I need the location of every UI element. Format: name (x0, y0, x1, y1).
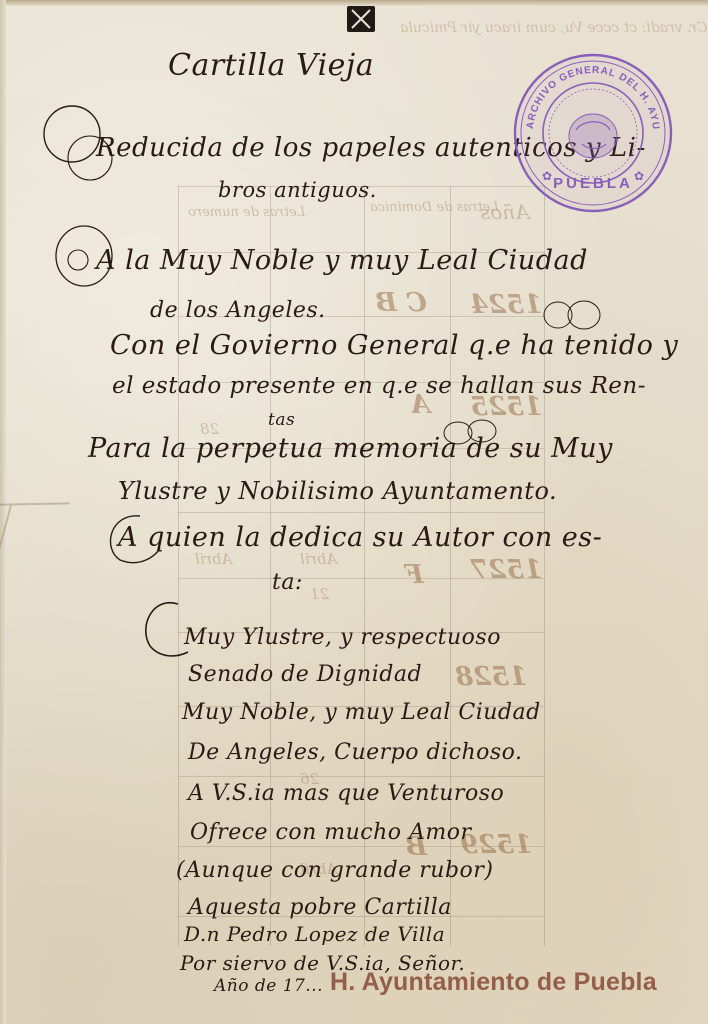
dedication-line-7: Ylustre y Nobilisimo Ayuntamento. (118, 477, 557, 505)
bleed-year-1: 1524 (470, 290, 542, 320)
stamp-bottom-text: PUEBLA (553, 175, 633, 192)
svg-text:✿: ✿ (634, 169, 644, 183)
dedication-line-4: el estado presente en q.e se hallan sus … (112, 373, 646, 399)
poem-line-5: A V.S.ia mas que Venturoso (188, 781, 504, 806)
poem-line-4: De Angeles, Cuerpo dichoso. (188, 740, 523, 765)
manuscript-page: Años Letras de Dominica Letras de numero… (0, 0, 708, 1024)
svg-text:✿: ✿ (542, 169, 552, 183)
watermark-text: H. Ayuntamiento de Puebla (330, 968, 657, 997)
bleed-year-4: 1528 (455, 662, 527, 692)
dedication-line-8: A quien la dedica su Autor con es- (118, 522, 602, 553)
poem-line-2: Senado de Dignidad (188, 662, 422, 687)
poem-line-9: D.n Pedro Lopez de Villa (184, 922, 445, 946)
bleed-letter-1: C B (375, 288, 427, 318)
poem-line-6: Ofrece con mucho Amor (190, 820, 472, 845)
bleed-letter-3: F (405, 560, 423, 590)
archive-stamp: ARCHIVO GENERAL DEL H. AYUNTAMIENTO PUEB… (512, 52, 674, 214)
bleed-year-3: 1527 (470, 555, 542, 585)
dedication-line-2: de los Angeles. (150, 298, 326, 323)
dedication-line-6: Para la perpetua memoria de su Muy (88, 433, 613, 464)
bleed-header-dominica: Letras de Dominica (370, 200, 499, 215)
cross-mark-icon (347, 6, 375, 32)
subtitle-line-2: bros antiguos. (218, 178, 377, 202)
bleed-top-line: Cr. vradi: ct ccce Vu, cum iracu yir Pmi… (400, 20, 707, 36)
flourish-loops-icon (540, 298, 610, 332)
closing-line: Año de 17... (214, 976, 323, 996)
poem-line-3: Muy Noble, y muy Leal Ciudad (182, 700, 541, 725)
paper-edge-left (0, 0, 6, 1024)
dedication-line-9: ta: (272, 570, 303, 595)
dedication-line-1: A la Muy Noble y muy Leal Ciudad (96, 245, 588, 276)
dedication-line-5: tas (268, 410, 295, 430)
poem-line-8: Aquesta pobre Cartilla (188, 895, 452, 920)
bleed-header-numero: Letras de numero (188, 205, 305, 220)
poem-line-7: (Aunque con grande rubor) (176, 858, 493, 883)
poem-line-1: Muy Ylustre, y respectuoso (184, 625, 501, 650)
document-title: Cartilla Vieja (168, 48, 374, 83)
dedication-line-3: Con el Govierno General q.e ha tenido y (110, 330, 678, 361)
bleed-date-3: 21 (310, 585, 329, 603)
